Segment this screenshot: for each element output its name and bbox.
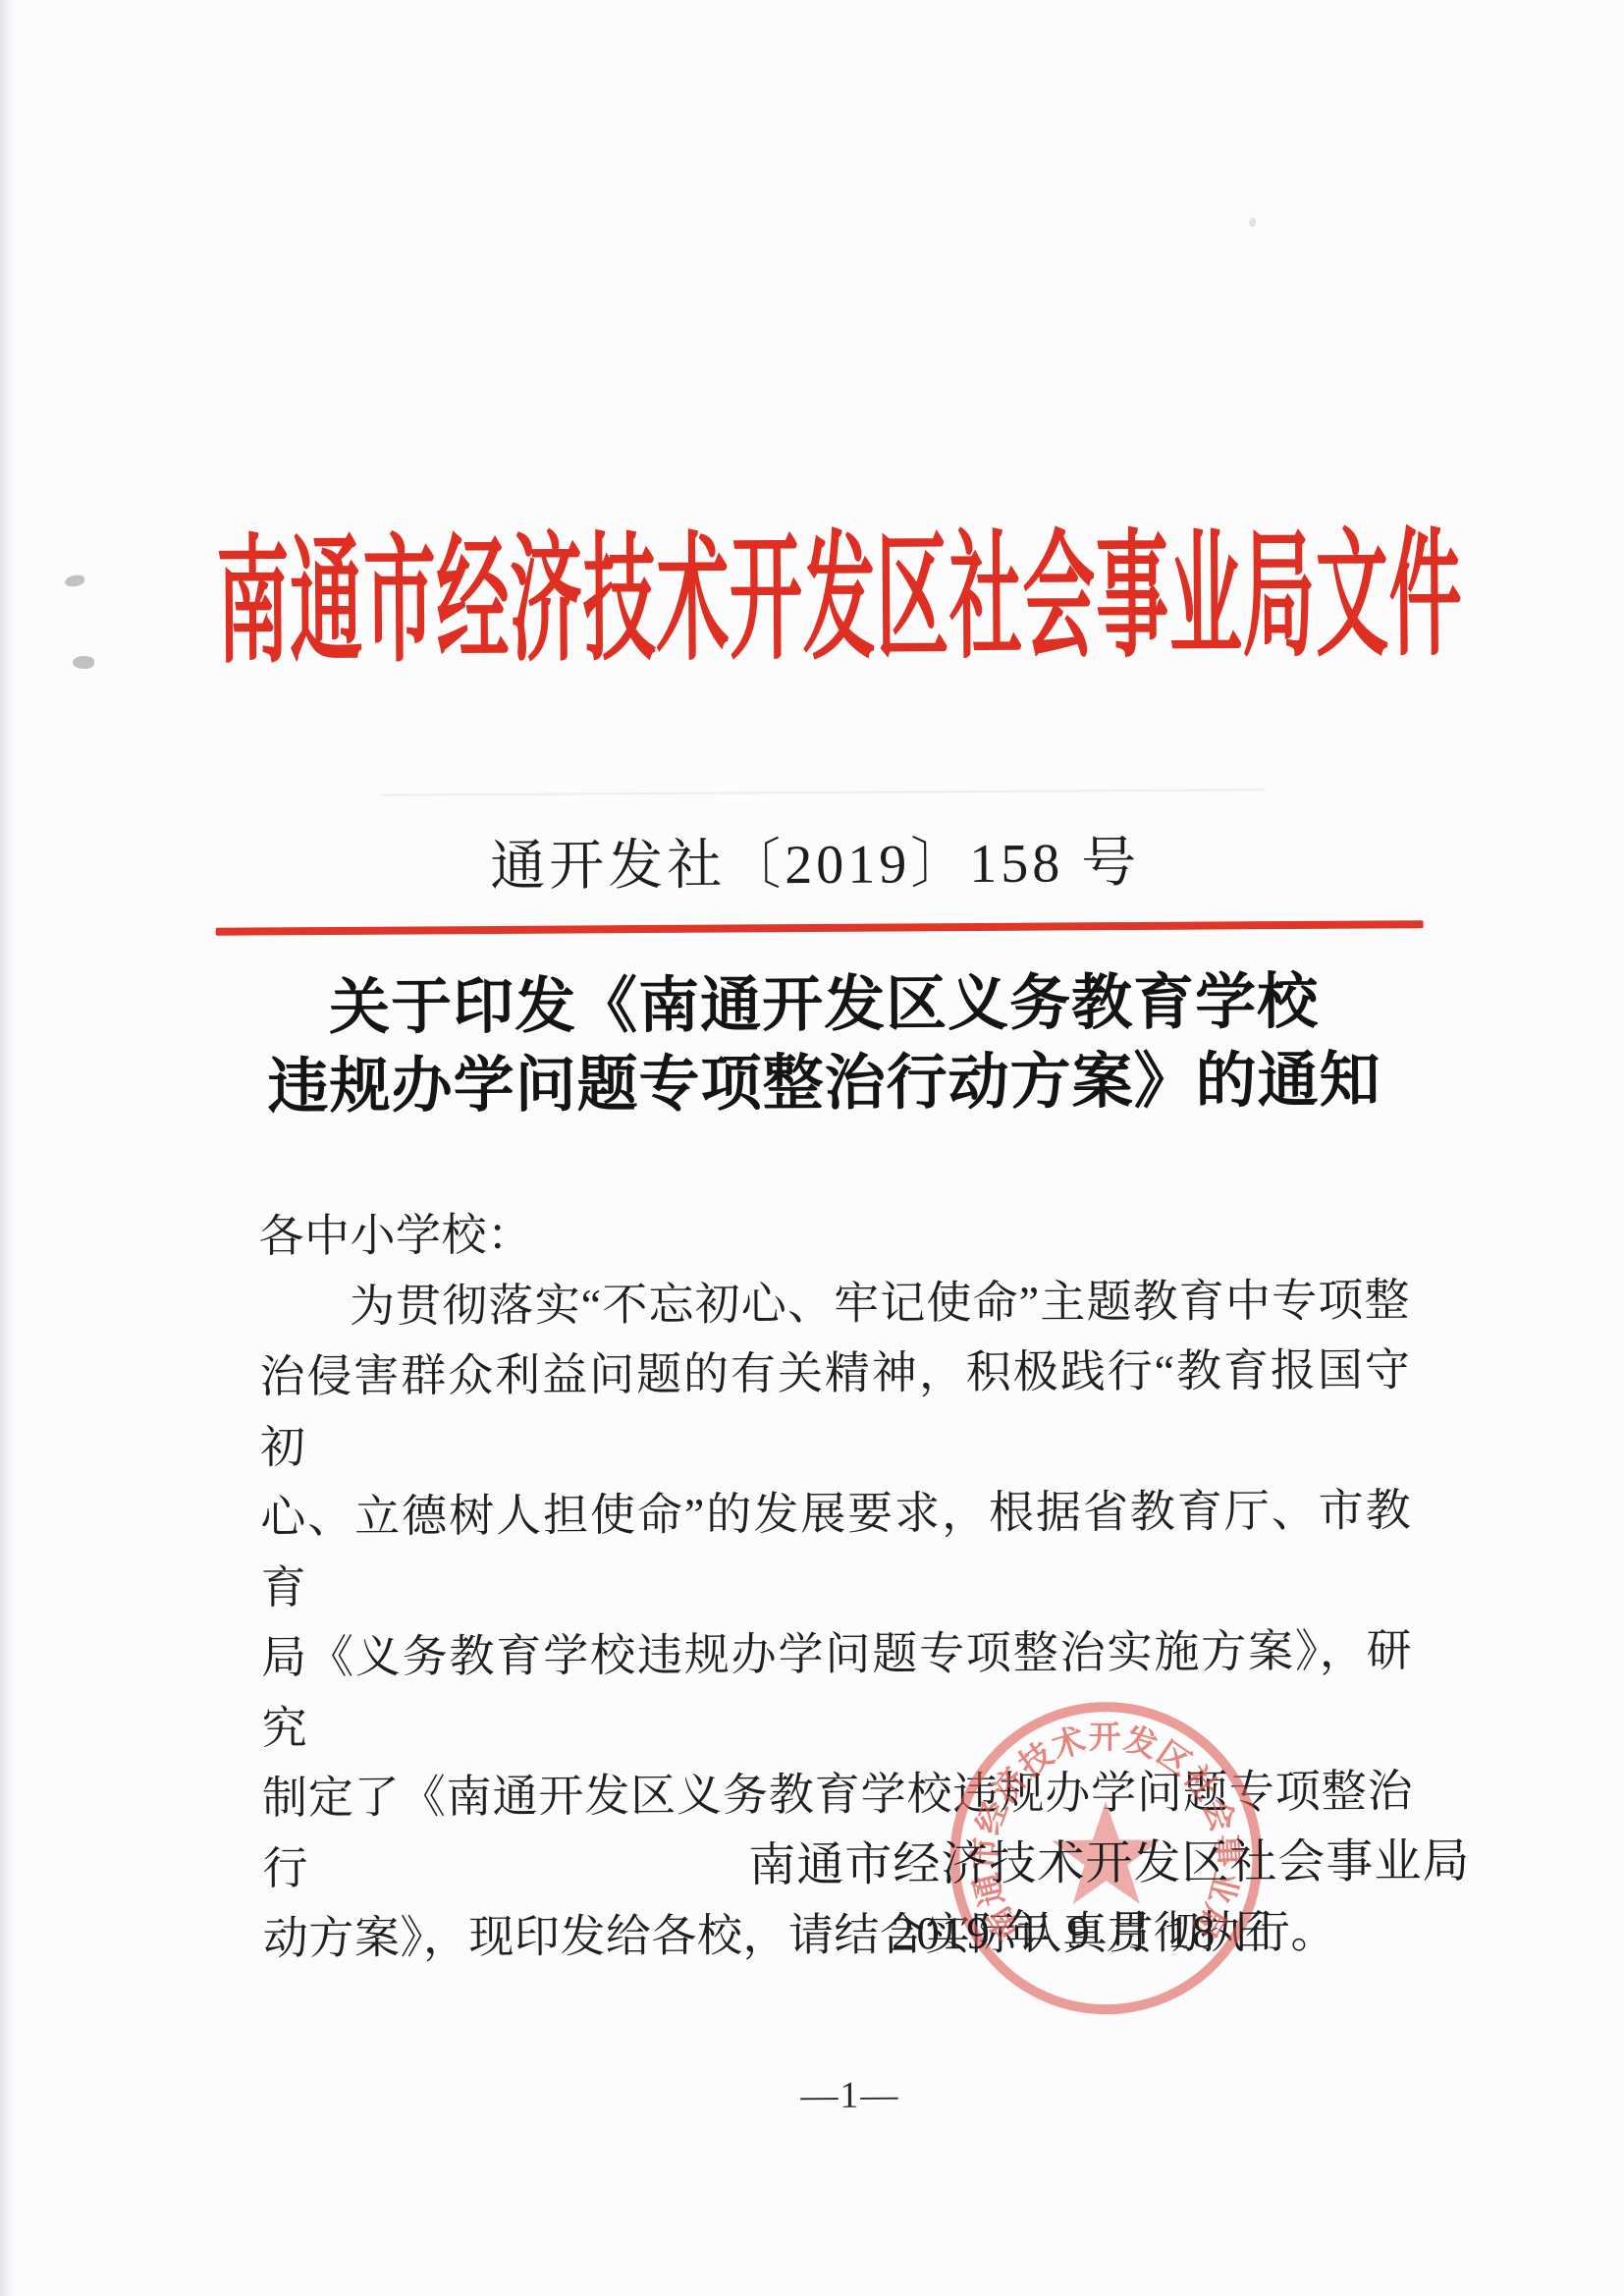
red-divider-rule	[216, 920, 1424, 936]
document-sheet: 南通市经济技术开发区社会事业局文件 通开发社〔2019〕158 号 关于印发《南…	[0, 0, 1624, 2296]
body-line: 为贯彻落实“不忘初心、牢记使命”主题教育中专项整	[259, 1265, 1410, 1342]
letterhead-char: 经	[436, 532, 511, 812]
letterhead-char: 南	[216, 533, 291, 813]
letterhead-char: 市	[362, 532, 437, 812]
letterhead-char: 区	[876, 529, 950, 809]
letterhead-char: 文	[1316, 526, 1390, 806]
letterhead-char: 开	[730, 530, 804, 810]
body-line: 治侵害群众利益问题的有关精神，积极践行“教育报国守初	[259, 1335, 1411, 1482]
scanned-official-document: { "page": { "header_title": "南通市经济技术开发区社…	[0, 0, 1624, 2296]
letterhead-char: 通	[290, 533, 364, 813]
letterhead-char: 社	[948, 529, 1023, 809]
letterhead-char: 技	[582, 531, 657, 811]
letterhead-char: 业	[1168, 527, 1243, 807]
letterhead-char: 事	[1096, 528, 1170, 808]
salutation: 各中小学校：	[258, 1194, 1409, 1272]
letterhead-char: 发	[802, 530, 877, 810]
letterhead-title: 南通市经济技术开发区社会事业局文件	[216, 526, 1463, 814]
letterhead-char: 济	[510, 531, 584, 811]
letterhead-char: 会	[1022, 528, 1097, 808]
document-number: 通开发社〔2019〕158 号	[0, 816, 1624, 904]
letterhead-char: 局	[1242, 527, 1317, 807]
document-page: 南通市经济技术开发区社会事业局文件 通开发社〔2019〕158 号 关于印发《南…	[0, 0, 1624, 2296]
page-number: —1—	[762, 2073, 939, 2117]
body-line: 心、立德树人担使命”的发展要求，根据省教育厅、市教育	[260, 1475, 1412, 1622]
issue-date: 2019 年 9 月 18 日	[892, 1894, 1304, 1963]
letterhead-char: 件	[1388, 526, 1463, 806]
document-title: 关于印发《南通开发区义务教育学校 违规办学问题专项整治行动方案》的通知	[0, 961, 1624, 1128]
letterhead-char: 术	[656, 531, 731, 811]
document-title-line2: 违规办学问题专项整治行动方案》的通知	[0, 1040, 1624, 1128]
document-title-line1: 关于印发《南通开发区义务教育学校	[0, 961, 1624, 1050]
scan-smudge	[1249, 218, 1256, 227]
issuer-signature: 南通市经济技术开发区社会事业局	[748, 1823, 1494, 1895]
